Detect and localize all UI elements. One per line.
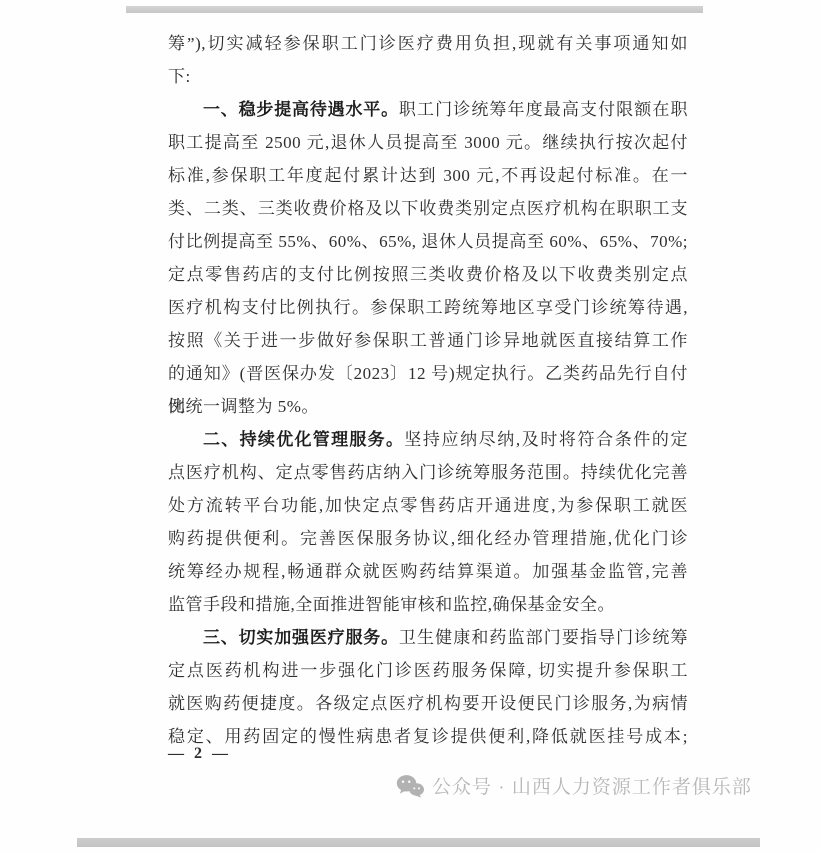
line-text: 标准,参保职工年度起付累计达到 300 元,不再设起付标准。在一 — [168, 166, 688, 185]
document-line: 三、切实加强医疗服务。卫生健康和药监部门要指导门诊统筹 — [168, 621, 688, 654]
line-text: 职工提高至 2500 元,退休人员提高至 3000 元。继续执行按次起付 — [168, 133, 688, 152]
line-text: 职工门诊统筹年度最高支付限额在职 — [399, 100, 688, 119]
document-line: 统筹经办规程,畅通群众就医购药结算渠道。加强基金监管,完善 — [168, 555, 688, 588]
document-line: 例统一调整为 5%。 — [168, 390, 688, 423]
document-line: 购药提供便利。完善医保服务协议,细化经办管理措施,优化门诊 — [168, 522, 688, 555]
document-line: 处方流转平台功能,加快定点零售药店开通进度,为参保职工就医 — [168, 489, 688, 522]
document-line: 类、二类、三类收费价格及以下收费类别定点医疗机构在职职工支 — [168, 192, 688, 225]
document-line: 就医购药便捷度。各级定点医疗机构要开设便民门诊服务,为病情 — [168, 687, 688, 720]
line-text: 稳定、用药固定的慢性病患者复诊提供便利,降低就医挂号成本; — [168, 727, 688, 746]
document-line: 定点零售药店的支付比例按照三类收费价格及以下收费类别定点 — [168, 258, 688, 291]
line-text: 处方流转平台功能,加快定点零售药店开通进度,为参保职工就医 — [168, 496, 688, 515]
line-text: 按照《关于进一步做好参保职工普通门诊异地就医直接结算工作 — [168, 331, 688, 350]
section-heading: 一、稳步提高待遇水平。 — [203, 100, 399, 119]
document-line: 下: — [168, 60, 688, 93]
scan-bottom-edge — [77, 838, 760, 847]
document-line: 的通知》(晋医保办发〔2023〕12 号)规定执行。乙类药品先行自付比 — [168, 357, 688, 390]
document-line: 二、持续优化管理服务。坚持应纳尽纳,及时将符合条件的定 — [168, 423, 688, 456]
document-line: 付比例提高至 55%、60%、65%, 退休人员提高至 60%、65%、70%; — [168, 225, 688, 258]
line-text: 定点零售药店的支付比例按照三类收费价格及以下收费类别定点 — [168, 265, 688, 284]
document-text-column: 筹”),切实减轻参保职工门诊医疗费用负担,现就有关事项通知如 下: 一、稳步提高… — [168, 27, 688, 753]
document-line: 稳定、用药固定的慢性病患者复诊提供便利,降低就医挂号成本; — [168, 720, 688, 753]
watermark: 公众号 · 山西人力资源工作者俱乐部 — [396, 772, 752, 799]
line-text: 卫生健康和药监部门要指导门诊统筹 — [399, 628, 688, 647]
page-number: — 2 — — [168, 745, 231, 763]
line-text: 医疗机构支付比例执行。参保职工跨统筹地区享受门诊统筹待遇, — [168, 298, 688, 317]
line-text: 就医购药便捷度。各级定点医疗机构要开设便民门诊服务,为病情 — [168, 694, 688, 713]
document-line: 筹”),切实减轻参保职工门诊医疗费用负担,现就有关事项通知如 — [168, 27, 688, 60]
document-line: 标准,参保职工年度起付累计达到 300 元,不再设起付标准。在一 — [168, 159, 688, 192]
document-line: 一、稳步提高待遇水平。职工门诊统筹年度最高支付限额在职 — [168, 93, 688, 126]
document-line: 定点医药机构进一步强化门诊医药服务保障, 切实提升参保职工 — [168, 654, 688, 687]
line-text: 统筹经办规程,畅通群众就医购药结算渠道。加强基金监管,完善 — [168, 562, 688, 581]
line-text: 类、二类、三类收费价格及以下收费类别定点医疗机构在职职工支 — [168, 199, 688, 218]
line-text: 点医疗机构、定点零售药店纳入门诊统筹服务范围。持续优化完善 — [168, 463, 688, 482]
line-text: 购药提供便利。完善医保服务协议,细化经办管理措施,优化门诊 — [168, 529, 688, 548]
section-heading: 三、切实加强医疗服务。 — [203, 628, 399, 647]
line-text: 付比例提高至 55%、60%、65%, 退休人员提高至 60%、65%、70%; — [168, 232, 688, 251]
document-line: 点医疗机构、定点零售药店纳入门诊统筹服务范围。持续优化完善 — [168, 456, 688, 489]
line-text: 监管手段和措施,全面推进智能审核和监控,确保基金安全。 — [168, 595, 615, 614]
wechat-icon — [396, 774, 424, 798]
document-line: 医疗机构支付比例执行。参保职工跨统筹地区享受门诊统筹待遇, — [168, 291, 688, 324]
line-text: 定点医药机构进一步强化门诊医药服务保障, 切实提升参保职工 — [168, 661, 688, 680]
line-text: 筹”),切实减轻参保职工门诊医疗费用负担,现就有关事项通知如 — [168, 34, 688, 53]
document-line: 职工提高至 2500 元,退休人员提高至 3000 元。继续执行按次起付 — [168, 126, 688, 159]
line-text: 坚持应纳尽纳,及时将符合条件的定 — [404, 430, 688, 449]
document-line: 按照《关于进一步做好参保职工普通门诊异地就医直接结算工作 — [168, 324, 688, 357]
document-line: 监管手段和措施,全面推进智能审核和监控,确保基金安全。 — [168, 588, 688, 621]
scan-top-edge — [126, 6, 703, 13]
section-heading: 二、持续优化管理服务。 — [203, 430, 404, 449]
line-text: 例统一调整为 5%。 — [168, 397, 319, 416]
watermark-text: 公众号 · 山西人力资源工作者俱乐部 — [432, 772, 752, 799]
line-text: 下: — [168, 67, 191, 86]
scanned-document-page: 筹”),切实减轻参保职工门诊医疗费用负担,现就有关事项通知如 下: 一、稳步提高… — [0, 0, 820, 852]
